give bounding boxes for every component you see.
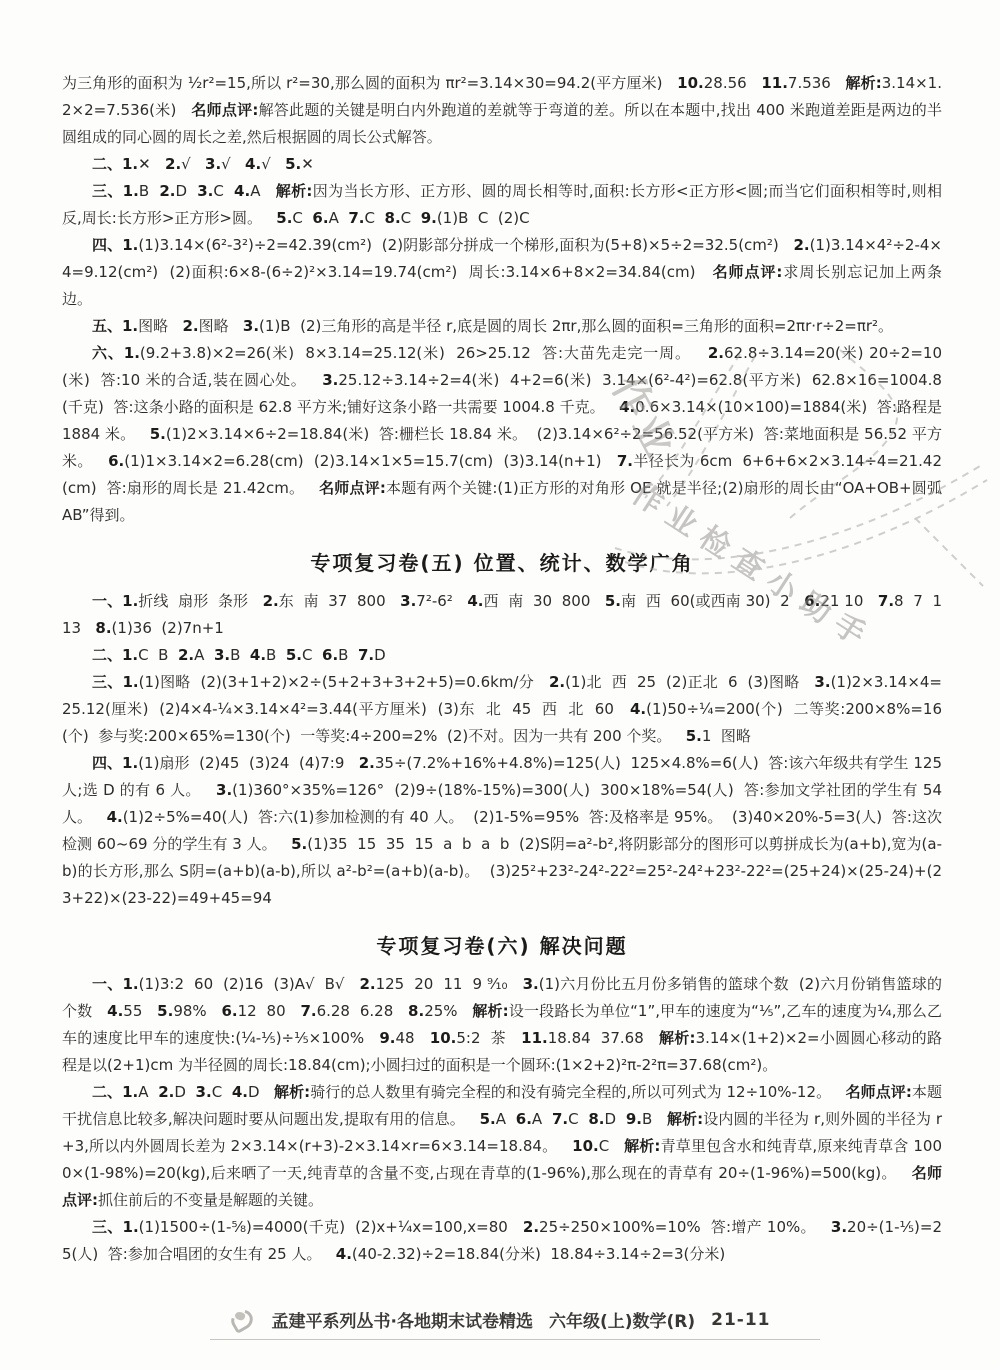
answer-text: 55 [123, 1002, 157, 1020]
answer-paragraph: 四、1.(1)扇形 (2)45 (3)24 (4)7:9 2.35÷(7.2%+… [62, 750, 942, 912]
answer-item-label: 9. [626, 1110, 642, 1128]
answer-text: √ [261, 155, 285, 173]
answer-text: 南 西 60(或西南 30) 2 [621, 592, 804, 610]
answer-text: (40-2.32)÷2=18.84(分米) 18.84÷3.14÷2=3(分米) [352, 1245, 725, 1263]
answer-item-label: 8. [95, 619, 111, 637]
answer-text: (9.2+3.8)×2=26(米) 8×3.14=25.12(米) 26>25.… [140, 344, 708, 362]
answer-paragraph: 一、1.折线 扇形 条形 2.东 南 37 800 3.7²-6² 4.西 南 … [62, 588, 942, 642]
answer-text: C B [138, 646, 178, 664]
answer-text: 7²-6² [416, 592, 467, 610]
answer-item-label: 11. [521, 1029, 548, 1047]
answer-text: (1)B C (2)C [437, 209, 530, 227]
answer-text: (1)3:2 60 (2)16 (3)A√ B√ [139, 975, 360, 993]
answer-item-label: 2. [359, 754, 375, 772]
answer-item-label: 3. [243, 317, 259, 335]
answer-item-label: 6. [108, 452, 124, 470]
answer-text: (1)3.14×(6²-3²)÷2=42.39(cm²) (2)阴影部分拼成一个… [138, 236, 793, 254]
answer-item-label: 3. [400, 592, 416, 610]
answer-item-label: 三、1. [92, 1218, 139, 1236]
answer-item-label: 3. [523, 975, 539, 993]
answer-item-label: 5. [291, 835, 307, 853]
answer-item-label: 7. [300, 1002, 316, 1020]
answer-text: 5:2 茶 [456, 1029, 521, 1047]
answer-item-label: 2. [159, 182, 175, 200]
answer-text: 骑行的总人数里有骑完全程的和没有骑完全程的,所以可列式为 12÷10%-12。 [310, 1083, 845, 1101]
answer-text: D [174, 1083, 195, 1101]
answer-item-label: 9. [379, 1029, 395, 1047]
answer-item-label: 2. [549, 673, 565, 691]
answer-item-label: 3. [214, 646, 230, 664]
answer-item-label: 10. [677, 74, 704, 92]
answer-item-label: 5. [605, 592, 621, 610]
answer-item-label: 解析: [667, 1110, 703, 1128]
footer-rule [210, 1339, 820, 1340]
answer-item-label: 四、1. [92, 754, 138, 772]
answer-text: 18.84 37.68 [548, 1029, 659, 1047]
answer-item-label: 2. [793, 236, 809, 254]
answer-text: C [401, 209, 421, 227]
answer-item-label: 7. [552, 1110, 568, 1128]
answer-text: ✕ [301, 155, 314, 173]
answer-text: C [302, 646, 322, 664]
document-body: 为三角形的面积为 ½r²=15,所以 r²=30,那么圆的面积为 πr²=3.1… [62, 70, 942, 1268]
answer-item-label: 11. [761, 74, 788, 92]
answer-text: 东 南 37 800 [279, 592, 400, 610]
answer-item-label: 4. [232, 1083, 248, 1101]
answer-text: C [292, 209, 312, 227]
answer-text: C [365, 209, 385, 227]
scanned-answer-page: 为三角形的面积为 ½r²=15,所以 r²=30,那么圆的面积为 πr²=3.1… [0, 0, 1000, 1370]
answer-item-label: 3. [205, 155, 221, 173]
answer-item-label: 8. [408, 1002, 424, 1020]
answer-paragraph: 三、1.(1)图略 (2)(3+1+2)×2÷(5+2+3+3+2+5)=0.6… [62, 669, 942, 750]
answer-item-label: 7. [358, 646, 374, 664]
answer-paragraph: 四、1.(1)3.14×(6²-3²)÷2=42.39(cm²) (2)阴影部分… [62, 232, 942, 313]
answer-item-label: 2. [165, 155, 181, 173]
answer-item-label: 一、1. [92, 592, 138, 610]
answer-text: C [568, 1110, 588, 1128]
answer-paragraph: 一、1.(1)3:2 60 (2)16 (3)A√ B√ 2.125 20 11… [62, 971, 942, 1079]
answer-item-label: 8. [385, 209, 401, 227]
answer-text: 21 10 [820, 592, 878, 610]
answer-item-label: 一、1. [92, 975, 139, 993]
answer-item-label: 2. [359, 975, 375, 993]
answer-item-label: 名师点评: [846, 1083, 912, 1101]
answer-text: B [642, 1110, 667, 1128]
answer-item-label: 7. [348, 209, 364, 227]
answer-paragraph: 二、1.✕ 2.√ 3.√ 4.√ 5.✕ [62, 151, 942, 178]
answer-text: 48 [395, 1029, 429, 1047]
answer-text: (1)36 (2)7n+1 [112, 619, 224, 637]
answer-text: A [532, 1110, 552, 1128]
answer-item-label: 解析: [472, 1002, 508, 1020]
answer-item-label: 二、1. [92, 1083, 138, 1101]
answer-text: 西 南 30 800 [483, 592, 604, 610]
answer-item-label: 4. [234, 182, 250, 200]
section-heading: 专项复习卷(六) 解决问题 [62, 930, 942, 959]
answer-item-label: 5. [686, 727, 702, 745]
answer-text: (1)图略 (2)(3+1+2)×2÷(5+2+3+3+2+5)=0.6km/分 [139, 673, 549, 691]
answer-text: B [139, 182, 160, 200]
answer-text: A [138, 1083, 158, 1101]
answer-item-label: 9. [421, 209, 437, 227]
answer-paragraph: 为三角形的面积为 ½r²=15,所以 r²=30,那么圆的面积为 πr²=3.1… [62, 70, 942, 151]
answer-text: 98% [173, 1002, 221, 1020]
answer-paragraph: 二、1.C B 2.A 3.B 4.B 5.C 6.B 7.D [62, 642, 942, 669]
answer-text: D [374, 646, 386, 664]
answer-text: ✕ [138, 155, 165, 173]
answer-text: (1)北 西 25 (2)正北 6 (3)图略 [565, 673, 814, 691]
answer-item-label: 二、1. [92, 646, 138, 664]
answer-item-label: 5. [150, 425, 166, 443]
answer-item-label: 8. [588, 1110, 604, 1128]
answer-item-label: 解析: [274, 1083, 310, 1101]
answer-item-label: 名师点评: [319, 479, 386, 497]
answer-text: 6.28 6.28 [317, 1002, 408, 1020]
answer-item-label: 6. [312, 209, 328, 227]
answer-item-label: 3. [814, 673, 830, 691]
answer-text: (1)1500÷(1-⅝)=4000(千克) (2)x+¼x=100,x=80 [139, 1218, 523, 1236]
answer-text: C [213, 182, 234, 200]
answer-text: (1)1×3.14×2=6.28(cm) (2)3.14×1×5=15.7(cm… [124, 452, 617, 470]
answer-text: 折线 扇形 条形 [138, 592, 262, 610]
answer-item-label: 5. [480, 1110, 496, 1128]
answer-text: (1)B (2)三角形的高是半径 r,底是圆的周长 2πr,那么圆的面积=三角形… [259, 317, 893, 335]
answer-item-label: 2. [523, 1218, 539, 1236]
answer-item-label: 10. [572, 1137, 599, 1155]
answer-text: B [230, 646, 250, 664]
answer-text: 图略 [138, 317, 182, 335]
answer-text: 25% [424, 1002, 472, 1020]
answer-item-label: 3. [322, 371, 338, 389]
answer-item-label: 2. [178, 646, 194, 664]
answer-item-label: 6. [804, 592, 820, 610]
answer-text: B [338, 646, 358, 664]
answer-item-label: 解析: [276, 182, 313, 200]
answer-text: C [599, 1137, 624, 1155]
answer-paragraph: 五、1.图略 2.图略 3.(1)B (2)三角形的高是半径 r,底是圆的周长 … [62, 313, 942, 340]
answer-item-label: 5. [276, 209, 292, 227]
answer-text: 12 80 [238, 1002, 301, 1020]
answer-text: D [175, 182, 197, 200]
answer-item-label: 2. [708, 344, 724, 362]
answer-item-label: 2. [263, 592, 279, 610]
answer-item-label: 解析: [845, 74, 881, 92]
answer-text: 1 图略 [702, 727, 751, 745]
answer-item-label: 3. [831, 1218, 847, 1236]
answer-item-label: 2. [182, 317, 198, 335]
answer-item-label: 10. [430, 1029, 457, 1047]
answer-item-label: 7. [878, 592, 894, 610]
answer-text: A [329, 209, 349, 227]
answer-text: 28.56 [704, 74, 762, 92]
answer-item-label: 2. [158, 1083, 174, 1101]
answer-item-label: 4. [619, 398, 635, 416]
section-heading: 专项复习卷(五) 位置、统计、数学广角 [62, 547, 942, 576]
answer-text: √ [181, 155, 205, 173]
footer-edition: 六年级(上)数学(R) [549, 1307, 695, 1332]
answer-text: D [248, 1083, 274, 1101]
answer-item-label: 4. [467, 592, 483, 610]
answer-item-label: 6. [516, 1110, 532, 1128]
answer-item-label: 三、1. [92, 673, 139, 691]
answer-item-label: 名师点评: [191, 101, 258, 119]
answer-item-label: 三、1. [92, 182, 139, 200]
answer-item-label: 5. [285, 155, 301, 173]
answer-text: C [212, 1083, 232, 1101]
answer-item-label: 4. [250, 646, 266, 664]
answer-text: 图略 [199, 317, 243, 335]
answer-item-label: 解析: [624, 1137, 660, 1155]
answer-item-label: 6. [221, 1002, 237, 1020]
answer-item-label: 解析: [659, 1029, 696, 1047]
answer-text: 125 20 11 9 ⁹⁄₁₀ [376, 975, 523, 993]
page-footer: 孟建平系列丛书·各地期末试卷精选 六年级(上)数学(R) 21-11 [0, 1307, 1000, 1332]
answer-paragraph: 三、1.(1)1500÷(1-⅝)=4000(千克) (2)x+¼x=100,x… [62, 1214, 942, 1268]
answer-text: (1)扇形 (2)45 (3)24 (4)7:9 [138, 754, 359, 772]
answer-item-label: 4. [336, 1245, 352, 1263]
answer-text: 抓住前后的不变量是解题的关键。 [98, 1191, 323, 1209]
answer-item-label: 4. [107, 1002, 123, 1020]
answer-text: 25÷250×100%=10% 答:增产 10%。 [539, 1218, 831, 1236]
answer-item-label: 3. [196, 1083, 212, 1101]
answer-text: B [266, 646, 286, 664]
answer-text: A [496, 1110, 516, 1128]
answer-item-label: 3. [216, 781, 232, 799]
answer-item-label: 6. [322, 646, 338, 664]
answer-item-label: 4. [630, 700, 646, 718]
answer-item-label: 5. [286, 646, 302, 664]
answer-text: 7.536 [788, 74, 846, 92]
answer-item-label: 7. [617, 452, 633, 470]
answer-text: 为三角形的面积为 ½r²=15,所以 r²=30,那么圆的面积为 πr²=3.1… [62, 74, 677, 92]
footer-series-title: 孟建平系列丛书·各地期末试卷精选 [271, 1307, 532, 1332]
answer-item-label: 5. [157, 1002, 173, 1020]
answer-item-label: 四、1. [92, 236, 138, 254]
publisher-logo-icon [229, 1308, 255, 1332]
answer-text: √ [221, 155, 245, 173]
footer-page-number: 21-11 [711, 1310, 770, 1330]
answer-item-label: 4. [245, 155, 261, 173]
answer-item-label: 六、1. [92, 344, 140, 362]
answer-item-label: 3. [197, 182, 213, 200]
answer-item-label: 五、1. [92, 317, 138, 335]
answer-item-label: 4. [107, 808, 123, 826]
answer-item-label: 二、1. [92, 155, 138, 173]
answer-text: A [194, 646, 214, 664]
answer-text: D [605, 1110, 626, 1128]
answer-paragraph: 二、1.A 2.D 3.C 4.D 解析:骑行的总人数里有骑完全程的和没有骑完全… [62, 1079, 942, 1214]
answer-paragraph: 三、1.B 2.D 3.C 4.A 解析:因为当长方形、正方形、圆的周长相等时,… [62, 178, 942, 232]
answer-text: A [250, 182, 276, 200]
answer-paragraph: 六、1.(9.2+3.8)×2=26(米) 8×3.14=25.12(米) 26… [62, 340, 942, 529]
answer-item-label: 名师点评: [713, 263, 783, 281]
